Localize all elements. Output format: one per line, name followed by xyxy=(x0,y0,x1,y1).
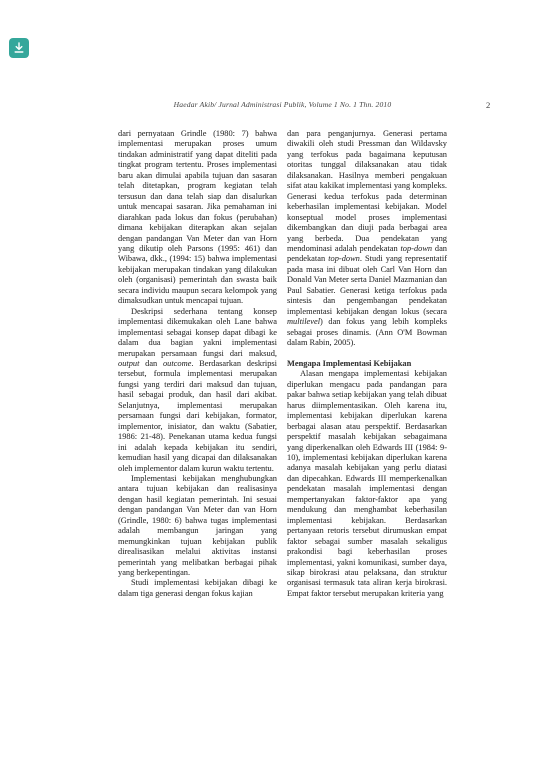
text-run: dan para penganjurnya. Generasi pertama … xyxy=(287,129,447,253)
text-run: Implementasi kebijakan menghubungkan ant… xyxy=(118,474,277,577)
text-run: dari pernyataan Grindle (1980: 7) bahwa … xyxy=(118,129,277,305)
paragraph: Implementasi kebijakan menghubungkan ant… xyxy=(118,474,277,579)
download-icon[interactable] xyxy=(9,38,29,58)
right-text-column: dan para penganjurnya. Generasi pertama … xyxy=(287,129,447,599)
paragraph: Studi implementasi kebijakan dibagi ke d… xyxy=(118,578,277,599)
text-run: . Berdasarkan deskripsi tersebut, formul… xyxy=(118,359,277,473)
download-arrow-glyph xyxy=(13,42,25,54)
paragraph: Deskripsi sederhana tentang konsep imple… xyxy=(118,307,277,474)
journal-page: Haedar Akib/ Jurnal Administrasi Publik,… xyxy=(0,0,550,777)
text-run: . Studi yang representatif pada masa ini… xyxy=(287,254,447,315)
italic-text-run: output xyxy=(118,359,139,368)
paragraph: Alasan mengapa implementasi kebijakan di… xyxy=(287,369,447,599)
page-number: 2 xyxy=(486,100,490,110)
text-run: dan xyxy=(139,359,163,368)
text-run: Studi implementasi kebijakan dibagi ke d… xyxy=(118,578,277,597)
left-text-column: dari pernyataan Grindle (1980: 7) bahwa … xyxy=(118,129,277,599)
text-run: Mengapa Implementasi Kebijakan xyxy=(287,359,411,368)
paragraph: dari pernyataan Grindle (1980: 7) bahwa … xyxy=(118,129,277,307)
italic-text-run: multilevel xyxy=(287,317,320,326)
section-heading: Mengapa Implementasi Kebijakan xyxy=(287,359,447,369)
italic-text-run: outcome xyxy=(163,359,191,368)
running-header: Haedar Akib/ Jurnal Administrasi Publik,… xyxy=(118,100,447,109)
italic-text-run: top-down xyxy=(328,254,360,263)
text-run: Alasan mengapa implementasi kebijakan di… xyxy=(287,369,447,598)
italic-text-run: top-down xyxy=(400,244,432,253)
text-run: Deskripsi sederhana tentang konsep imple… xyxy=(118,307,277,358)
paragraph: dan para penganjurnya. Generasi pertama … xyxy=(287,129,447,349)
